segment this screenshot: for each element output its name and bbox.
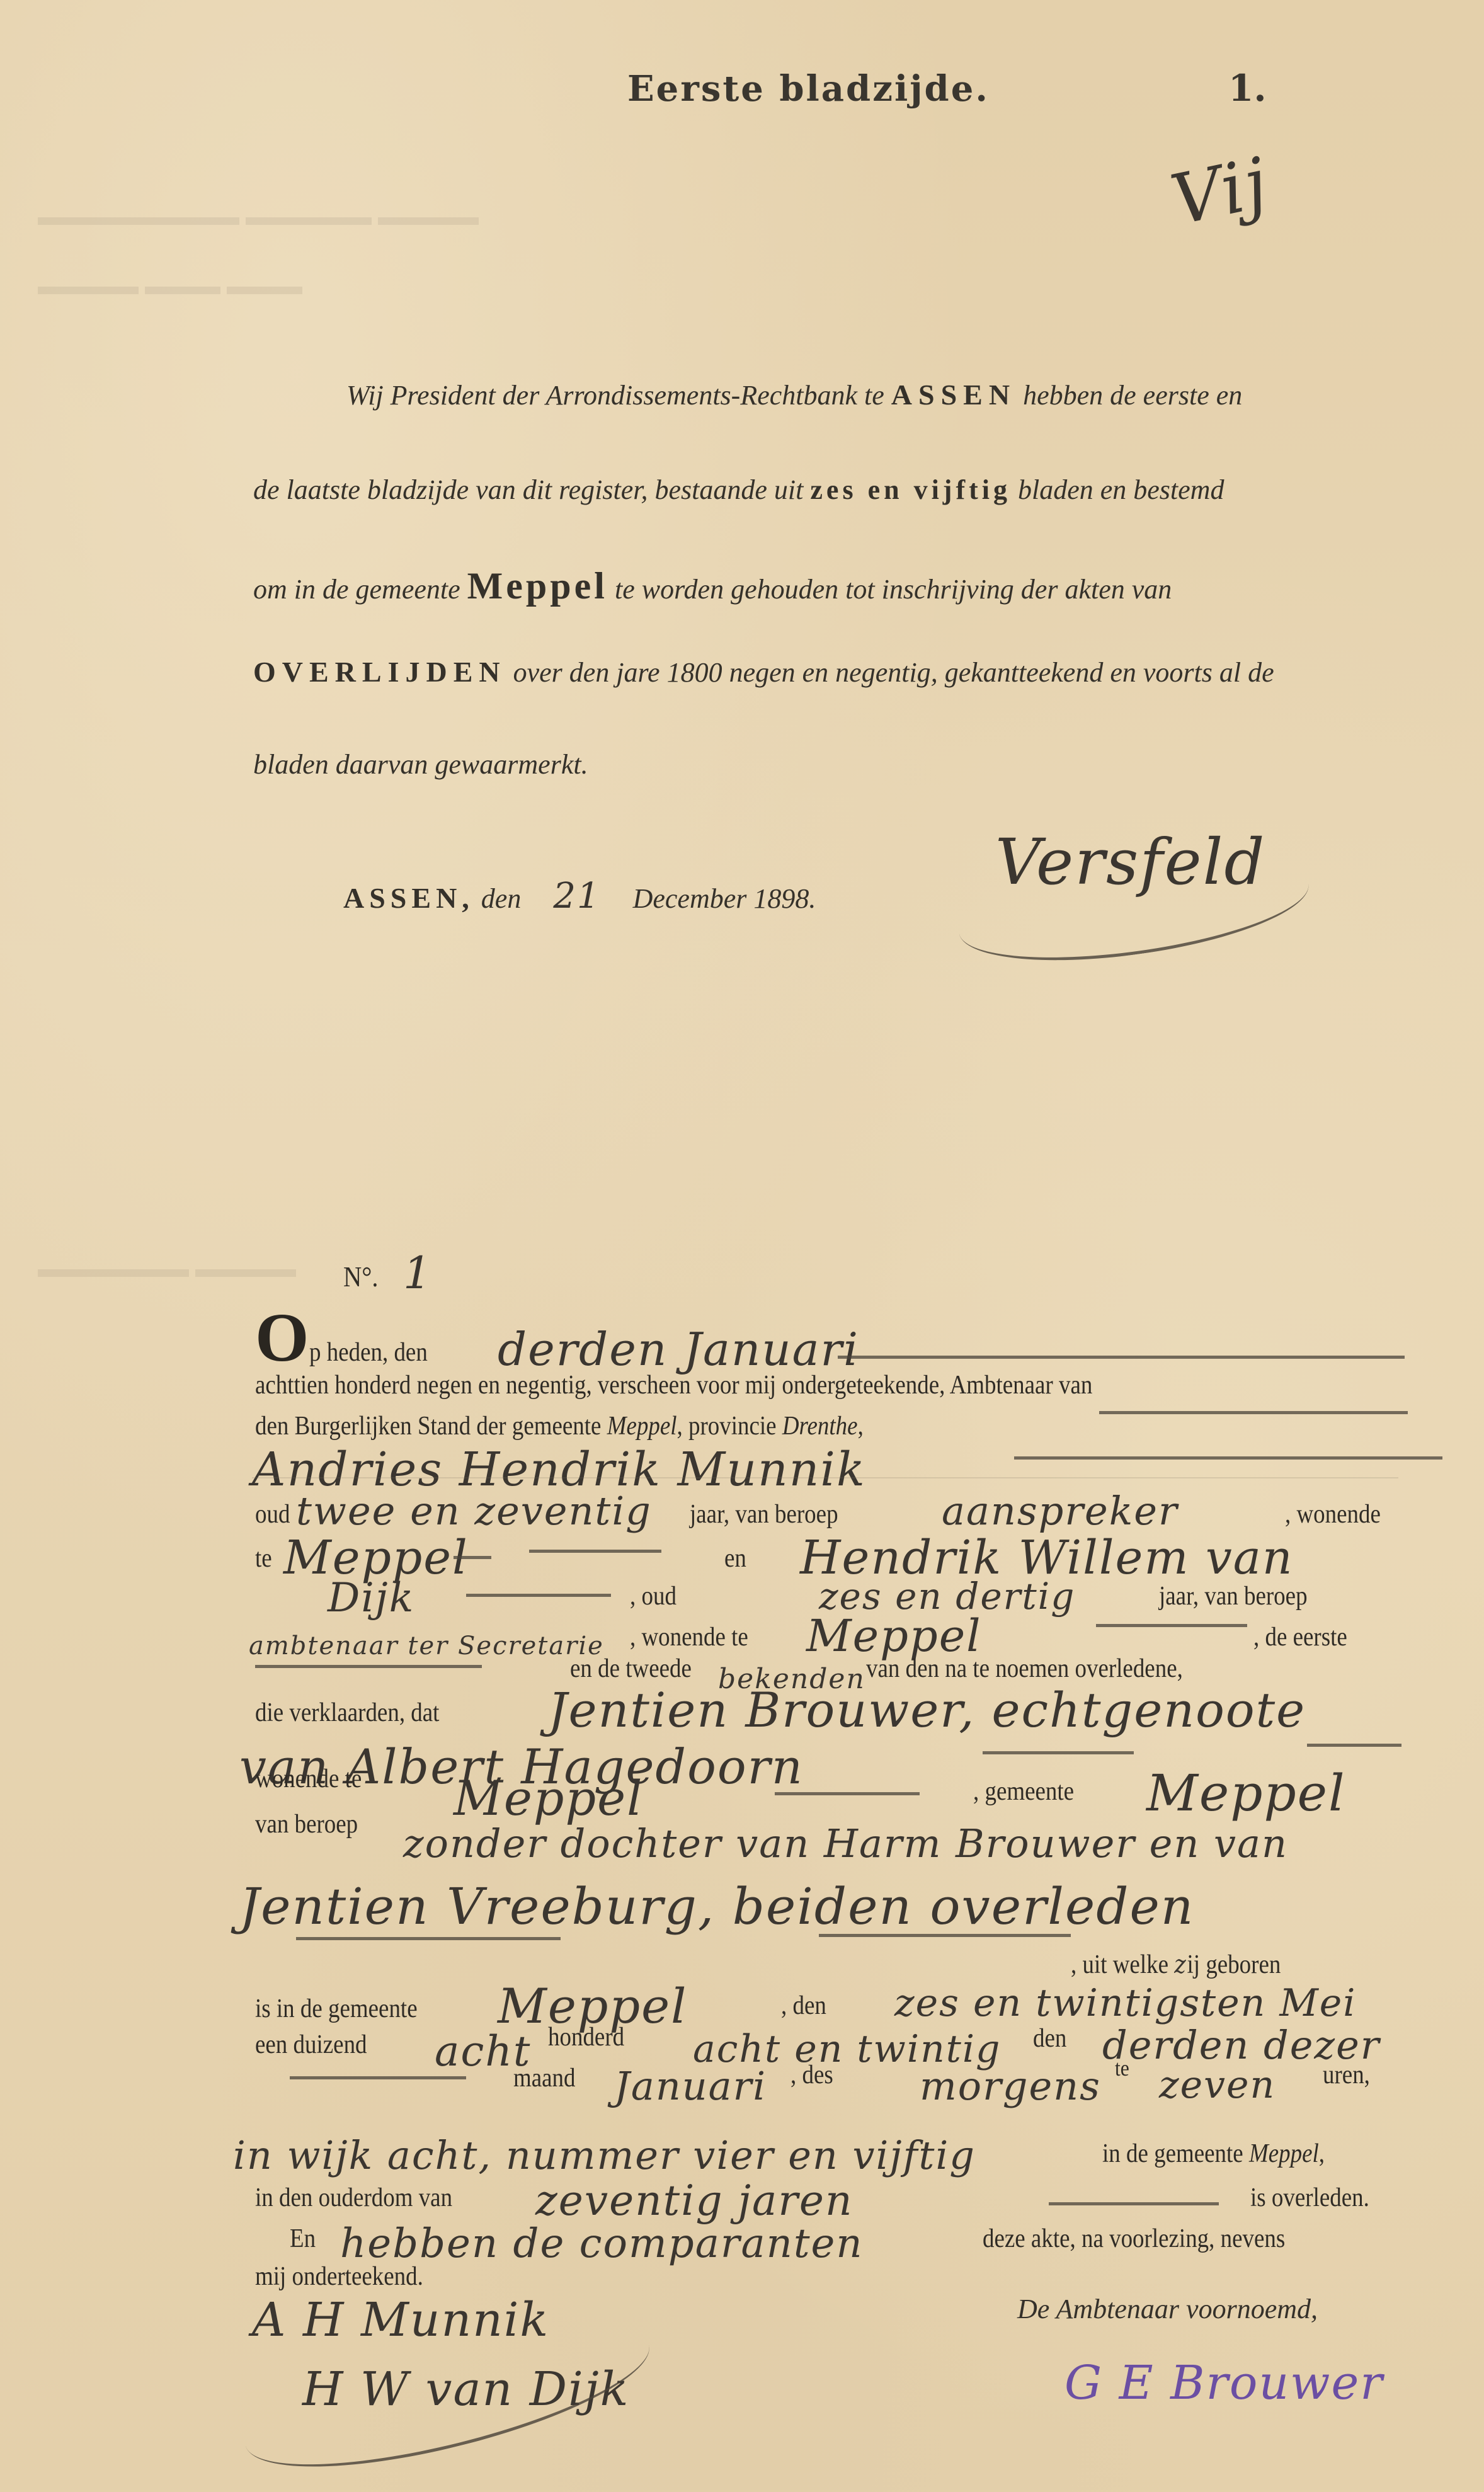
handwritten-date: derden Januari [498,1323,859,1376]
deceased-wonende-label: wonende te [255,1764,362,1794]
fill-rule [296,1937,561,1940]
fill-rule [290,2076,466,2079]
closing-rest: deze akte, na voorlezing, nevens [983,2224,1285,2254]
official-label: De Ambtenaar voornoemd, [1017,2293,1318,2325]
bleed-through-text: ▬▬▬▬▬▬ ▬▬▬▬ [38,1254,296,1283]
death-daypart: morgens [920,2063,1101,2109]
closing-en-label: En [290,2224,316,2254]
death-month: Januari [614,2063,767,2109]
mother-line: Jentien Vreeburg, beiden overleden [239,1877,1194,1936]
witness2-occupation: ambtenaar ter Secretarie [249,1632,604,1660]
witness1-te-label: te [255,1543,272,1574]
death-gemeente-label: in de gemeente Meppel, [1102,2139,1325,2169]
handwritten-day: 21 [553,876,600,917]
witness2-age-suffix: jaar, van beroep [1159,1581,1308,1611]
intro-line: Op heden, den [255,1298,443,1378]
age-label: in den ouderdom van [255,2183,452,2213]
witness1-age-suffix: jaar, van beroep [690,1499,838,1529]
fill-rule [1096,1624,1247,1627]
relation-label: en de tweede [570,1654,692,1684]
certification-line-5: bladen daarvan gewaarmerkt. [253,748,588,780]
bleed-through-text: ▬▬▬▬▬▬▬▬ ▬▬▬▬▬ ▬▬▬▬ [38,202,479,231]
witness2-wonende-label: , wonende te [630,1622,748,1652]
des-label: , des [791,2060,833,2090]
fill-rule [255,1665,482,1668]
record-number: 1 [403,1247,433,1299]
birth-day: zes en twintigsten Mei [894,1981,1356,2025]
fill-rule [466,1594,611,1597]
fill-rule [775,1792,920,1795]
deceased-gemeente-label: , gemeente [973,1776,1074,1807]
place-date: ASSEN, den 21 December 1898. [343,876,816,917]
overleden-label: is overleden. [1250,2183,1369,2213]
honderd-label: honderd [548,2022,624,2052]
register-type: OVERLIJDEN [253,656,506,688]
deceased-occupation-parents: zonder dochter van Harm Brouwer en van [403,1820,1288,1866]
fill-rule [454,1556,491,1559]
witness1-age: twee en zeventig [296,1488,652,1534]
birth-uit-welke: , uit welke zij geboren [1071,1950,1281,1980]
een-duizend-label: een duizend [255,2030,367,2060]
year-line: achttien honderd negen en negentig, vers… [255,1370,1092,1400]
certification-line-1: Wij President der Arrondissements-Rechtb… [346,378,1242,411]
relation-suffix: van den na te noemen overledene, [866,1654,1183,1684]
office-line: den Burgerlijken Stand der gemeente Mepp… [255,1411,864,1441]
deceased-beroep-label: van beroep [255,1809,358,1839]
fill-rule [1307,1744,1401,1747]
death-address: in wijk acht, nummer vier en vijftig [233,2132,976,2178]
birth-place-label: is in de gemeente [255,1994,418,2024]
death-age: zeventig jaren [535,2176,853,2225]
witness2-eerste-label: , de eerste [1253,1622,1347,1652]
witness2-name-cont: Dijk [328,1575,414,1621]
fill-rule [983,1751,1134,1754]
death-hour: zeven [1159,2063,1276,2107]
municipality-name: Meppel [467,565,608,607]
drop-cap: O [255,1299,309,1376]
certification-line-2: de laatste bladzijde van dit register, b… [253,474,1224,506]
fill-rule [838,1356,1405,1359]
deceased-residence: Meppel [454,1770,643,1826]
witness1-oud-label: oud [255,1499,290,1529]
witness2-oud-label: , oud [630,1581,676,1611]
leaf-count: zes en vijftig [810,474,1011,505]
witness1-wonende-label: , wonende [1285,1499,1381,1529]
official-signature: G E Brouwer [1064,2356,1384,2410]
bleed-through-text: ▬▬▬▬ ▬▬▬ ▬▬▬ [38,271,302,300]
closing-signed: mij onderteekend. [255,2261,423,2292]
fill-rule [529,1550,661,1553]
fill-rule [1014,1456,1442,1460]
certification-line-4: OVERLIJDEN over den jare 1800 negen en n… [253,655,1274,689]
closing-statement: hebben de comparanten [340,2221,864,2267]
den2-label: den [1033,2023,1066,2054]
birth-den-label: , den [781,1991,826,2021]
te-label: te [1115,2055,1129,2081]
guide-line [252,1477,1398,1478]
initials-mark: Vij [1164,142,1275,241]
record-number-label: N°. [343,1260,379,1293]
deceased-name: Jentien Brouwer, echtgenoote [548,1682,1306,1738]
page-title: Eerste bladzijde. [627,68,990,110]
maand-label: maand [513,2063,576,2093]
deceased-municipality: Meppel [1146,1764,1346,1822]
certification-line-3: om in de gemeente Meppel te worden gehou… [253,564,1172,608]
fill-rule [1049,2202,1219,2205]
witness2-en-label: en [724,1543,746,1574]
page-number: 1. [1228,67,1267,110]
uren-label: uren, [1323,2060,1370,2090]
fill-rule [1099,1411,1408,1414]
witness1-occupation: aanspreker [942,1488,1179,1534]
fill-rule [819,1934,1071,1937]
declared-label: die verklaarden, dat [255,1698,439,1728]
city-assen: ASSEN [891,379,1016,411]
